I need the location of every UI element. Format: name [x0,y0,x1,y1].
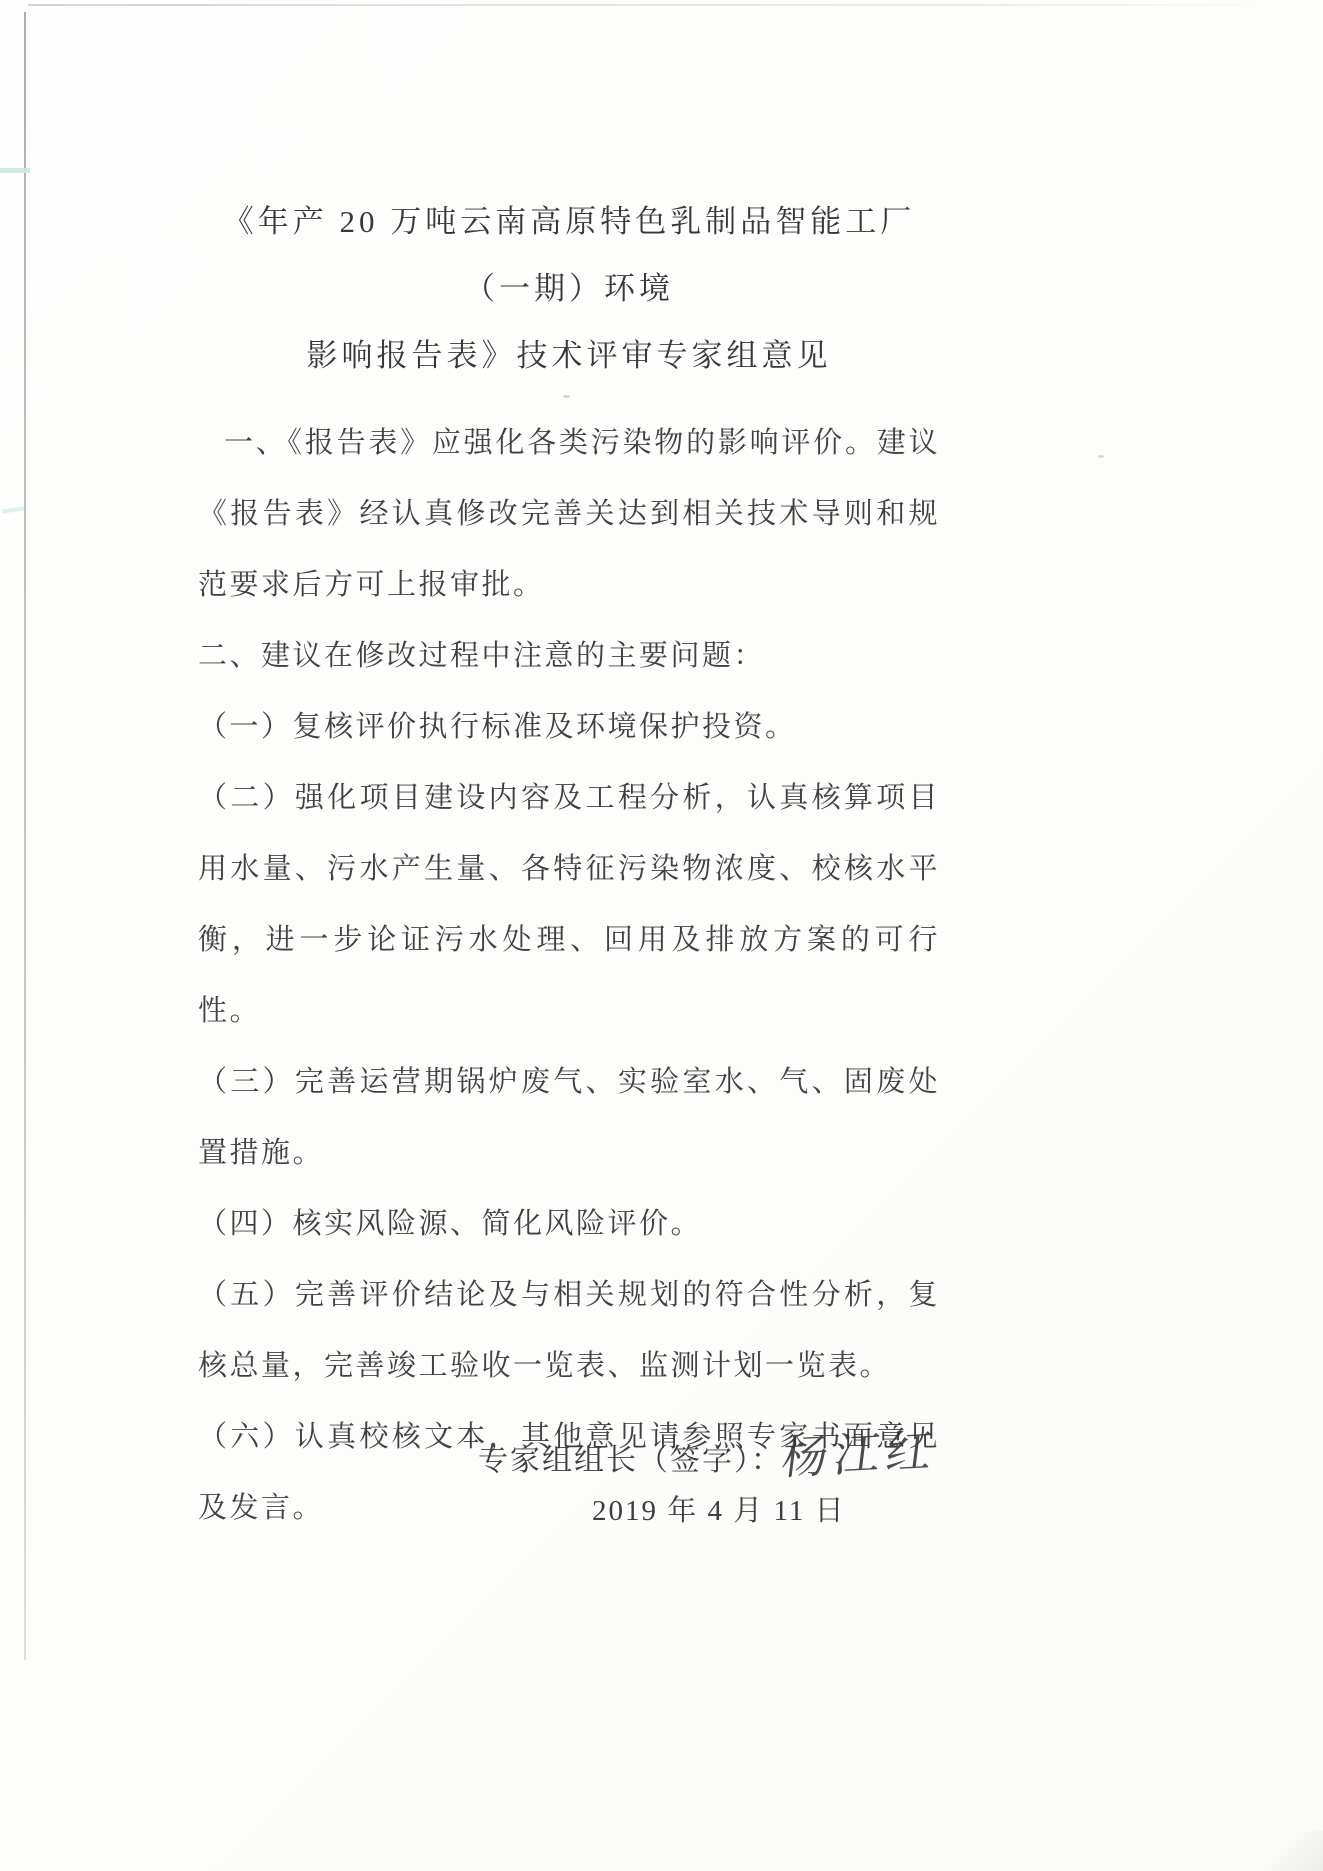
body-paragraph-1: 一、《报告表》应强化各类污染物的影响评价。建议《报告表》经认真修改完善关达到相关… [198,408,940,621]
document-title-line-1: 《年产 20 万吨云南高原特色乳制品智能工厂（一期）环境 [198,188,940,322]
scan-artifact-corner-shade [1263,1831,1323,1871]
signature-row: 专家组组长（签字）：杨江红 [478,1418,1098,1484]
scan-artifact-teal-mark [2,506,24,513]
document-title-line-2: 影响报告表》技术评审专家组意见 [198,322,940,389]
body-paragraph-5: （三）完善运营期锅炉废气、实验室水、气、固废处置措施。 [198,1047,940,1189]
scanned-document-page: 《年产 20 万吨云南高原特色乳制品智能工厂（一期）环境 影响报告表》技术评审专… [0,0,1323,1871]
signature-label: 专家组组长（签字）： [478,1444,783,1477]
scan-artifact-top-line [28,4,1288,6]
document-title: 《年产 20 万吨云南高原特色乳制品智能工厂（一期）环境 影响报告表》技术评审专… [198,188,940,389]
body-paragraph-2: 二、建议在修改过程中注意的主要问题： [198,621,940,692]
date-line: 2019 年 4 月 11 日 [592,1488,892,1529]
handwritten-signature: 杨江红 [778,1414,942,1489]
body-paragraph-6: （四）核实风险源、简化风险评价。 [198,1189,940,1260]
body-paragraph-3: （一）复核评价执行标准及环境保护投资。 [198,692,940,763]
body-paragraph-4: （二）强化项目建设内容及工程分析，认真核算项目用水量、污水产生量、各特征污染物浓… [198,763,940,1047]
body-paragraph-7: （五）完善评价结论及与相关规划的符合性分析，复核总量，完善竣工验收一览表、监测计… [198,1260,940,1402]
scan-artifact-speck [563,395,570,398]
scan-artifact-speck [1098,455,1104,458]
scan-artifact-left-line [24,12,26,1660]
document-body: 一、《报告表》应强化各类污染物的影响评价。建议《报告表》经认真修改完善关达到相关… [198,408,940,1544]
scan-artifact-teal-mark [0,168,30,173]
